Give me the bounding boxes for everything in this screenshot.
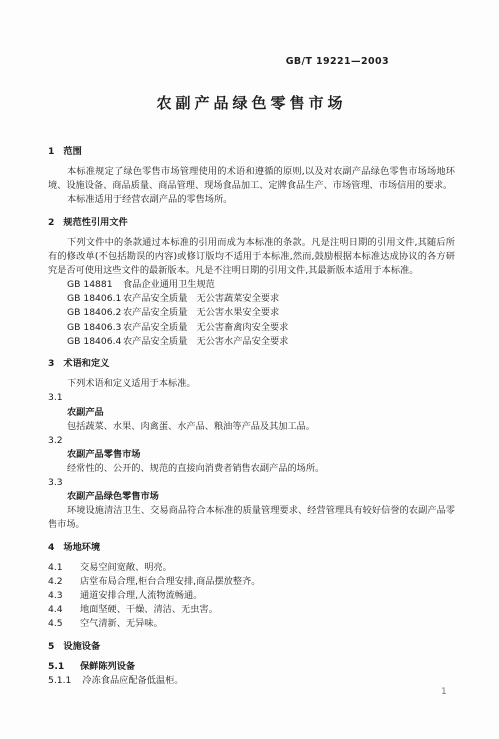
block-text: 农副产品零售市场: [67, 449, 141, 460]
block-text: 保鲜陈列设备: [80, 661, 135, 672]
reference-code: GB 18406.1: [67, 292, 123, 306]
reference-code: GB 18406.4: [67, 335, 123, 349]
paragraph: 下列文件中的条款通过本标准的引用而成为本标准的条款。凡是注明日期的引用文件,其随…: [48, 236, 455, 278]
block-text: 本标准规定了绿色零售市场管理使用的术语和遵循的原则,以及对农副产品绿色零售市场场…: [48, 166, 455, 191]
block-text: 冷冻食品应配备低温柜。: [82, 675, 183, 686]
block-text: 通道安排合理,人流物流畅通。: [80, 590, 202, 601]
document-content: 农副产品绿色零售市场 1范围本标准规定了绿色零售市场管理使用的术语和遵循的原则,…: [48, 0, 455, 688]
block-text: 农副产品绿色零售市场: [67, 491, 159, 502]
block-text: 环境设施清洁卫生、交易商品符合本标准的质量管理要求、经营管理具有较好信誉的农副产…: [48, 505, 455, 530]
section-heading: 2规范性引用文件: [48, 216, 455, 230]
block-text: 农产品安全质量 无公害畜禽肉安全要求: [123, 322, 288, 333]
block-text: 下列术语和定义适用于本标准。: [67, 378, 196, 389]
term-title: 农副产品零售市场: [48, 448, 455, 462]
clause-number: 3.1: [48, 392, 63, 403]
clause-number: 4: [48, 542, 54, 553]
section-heading: 3术语和定义: [48, 357, 455, 371]
clause-number: 4.5: [48, 617, 69, 631]
clause-number: 2: [48, 217, 54, 228]
clause-line: 4.3通道安排合理,人流物流畅通。: [48, 589, 455, 603]
clause-number: 5: [48, 641, 54, 652]
paragraph: 环境设施清洁卫生、交易商品符合本标准的质量管理要求、经营管理具有较好信誉的农副产…: [48, 504, 455, 532]
clause-number: 3.3: [48, 477, 63, 488]
clause-number-line: 3.3: [48, 476, 455, 490]
clause-number-line: 3.1: [48, 391, 455, 405]
block-text: 包括蔬菜、水果、肉禽蛋、水产品、粮油等产品及其加工品。: [67, 421, 315, 432]
page-number: 1: [441, 687, 447, 697]
standard-document-page: GB/T 19221—2003 农副产品绿色零售市场 1范围本标准规定了绿色零售…: [0, 0, 499, 739]
clause-number: 1: [48, 146, 54, 157]
clause-number: 5.1: [48, 660, 69, 674]
clause-number: 4.2: [48, 575, 69, 589]
block-text: 农产品安全质量 无公害水产品安全要求: [123, 336, 288, 347]
block-text: 农产品安全质量 无公害蔬菜安全要求: [123, 293, 279, 304]
section-heading: 4场地环境: [48, 541, 455, 555]
clause-number: 4.4: [48, 603, 69, 617]
block-text: 农产品安全质量 无公害水果安全要求: [123, 307, 279, 318]
normative-reference: GB 18406.1农产品安全质量 无公害蔬菜安全要求: [48, 292, 455, 306]
clause-line: 4.4地面坚硬、干燥、清洁、无虫害。: [48, 603, 455, 617]
normative-reference: GB 14881食品企业通用卫生规范: [48, 278, 455, 292]
block-text: 店堂布局合理,柜台合理安排,商品摆放整齐。: [80, 576, 260, 587]
section-heading: 1范围: [48, 145, 455, 159]
block-text: 范围: [63, 146, 81, 157]
term-title: 农副产品绿色零售市场: [48, 490, 455, 504]
block-text: 地面坚硬、干燥、清洁、无虫害。: [80, 604, 218, 615]
paragraph: 本标准适用于经营农副产品的零售场所。: [48, 193, 455, 207]
normative-reference: GB 18406.2农产品安全质量 无公害水果安全要求: [48, 306, 455, 320]
clause-line: 4.5空气清新、无异味。: [48, 617, 455, 631]
paragraph: 包括蔬菜、水果、肉禽蛋、水产品、粮油等产品及其加工品。: [48, 420, 455, 434]
reference-code: GB 18406.2: [67, 306, 123, 320]
section-heading: 5设施设备: [48, 640, 455, 654]
clause-line: 4.2店堂布局合理,柜台合理安排,商品摆放整齐。: [48, 575, 455, 589]
document-title: 农副产品绿色零售市场: [48, 94, 455, 112]
reference-code: GB 18406.3: [67, 321, 123, 335]
block-text: 场地环境: [63, 542, 100, 553]
paragraph: 下列术语和定义适用于本标准。: [48, 377, 455, 391]
clause-number: 5.1.1: [48, 674, 71, 688]
reference-code: GB 14881: [67, 278, 123, 292]
clause-number: 4.3: [48, 589, 69, 603]
block-text: 下列文件中的条款通过本标准的引用而成为本标准的条款。凡是注明日期的引用文件,其随…: [48, 237, 455, 276]
normative-reference: GB 18406.3农产品安全质量 无公害畜禽肉安全要求: [48, 321, 455, 335]
clause-number-line: 3.2: [48, 434, 455, 448]
clause-number: 3.2: [48, 435, 63, 446]
block-text: 经常性的、公开的、规范的直接向消费者销售农副产品的场所。: [67, 463, 324, 474]
paragraph: 经常性的、公开的、规范的直接向消费者销售农副产品的场所。: [48, 462, 455, 476]
clause-number: 3: [48, 358, 54, 369]
block-text: 农副产品: [67, 407, 104, 418]
clause-number: 4.1: [48, 561, 69, 575]
clause-line: 4.1交易空间宽敞、明亮。: [48, 561, 455, 575]
paragraph: 本标准规定了绿色零售市场管理使用的术语和遵循的原则,以及对农副产品绿色零售市场场…: [48, 165, 455, 193]
block-text: 规范性引用文件: [63, 217, 127, 228]
clause-line: 5.1.1冷冻食品应配备低温柜。: [48, 674, 455, 688]
block-text: 本标准适用于经营农副产品的零售场所。: [67, 194, 232, 205]
block-text: 设施设备: [63, 641, 100, 652]
block-text: 交易空间宽敞、明亮。: [80, 562, 172, 573]
subclause-heading: 5.1保鲜陈列设备: [48, 660, 455, 674]
document-body: 1范围本标准规定了绿色零售市场管理使用的术语和遵循的原则,以及对农副产品绿色零售…: [48, 145, 455, 688]
term-title: 农副产品: [48, 406, 455, 420]
block-text: 术语和定义: [63, 358, 109, 369]
block-text: 空气清新、无异味。: [80, 618, 163, 629]
block-text: 食品企业通用卫生规范: [123, 279, 215, 290]
normative-reference: GB 18406.4农产品安全质量 无公害水产品安全要求: [48, 335, 455, 349]
